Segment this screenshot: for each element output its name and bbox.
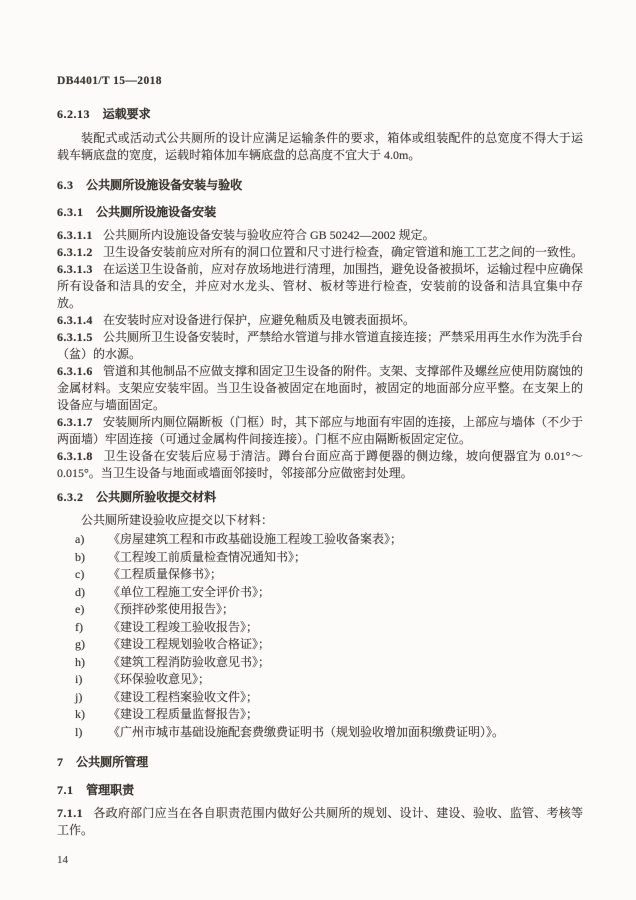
clause-number: 6.3.1.3 <box>57 262 93 276</box>
heading-title: 管理职责 <box>86 783 134 797</box>
list-item-text: 《建设工程档案验收文件》； <box>108 689 583 707</box>
list-item-text: 《工程竣工前质量检查情况通知书》； <box>108 549 583 567</box>
list-item: b)《工程竣工前质量检查情况通知书》； <box>57 549 583 567</box>
document-page: DB4401/T 15—2018 6.2.13运载要求 装配式或活动式公共厕所的… <box>0 0 636 900</box>
clause-number: 6.3.1.2 <box>57 245 93 259</box>
list-item: j)《建设工程档案验收文件》； <box>57 689 583 707</box>
heading-number: 7.1 <box>57 783 74 797</box>
list-item-text: 《建设工程竣工验收报告》； <box>108 619 583 637</box>
paragraph-transport-requirements: 装配式或活动式公共厕所的设计应满足运输条件的要求，箱体或组装配件的总宽度不得大于… <box>57 130 583 164</box>
clause-text: 公共厕所内设施设备安装与验收应符合 GB 50242—2002 规定。 <box>103 228 435 242</box>
list-item-text: 《预拌砂浆使用报告》； <box>108 601 583 619</box>
heading-title: 运载要求 <box>103 107 151 121</box>
heading-number: 7 <box>57 755 64 769</box>
list-item: d)《单位工程施工安全评价书》； <box>57 584 583 602</box>
heading-title: 公共厕所管理 <box>76 755 148 769</box>
list-item-text: 《广州市城市基础设施配套费缴费证明书（规划验收增加面积缴费证明）》。 <box>108 724 583 742</box>
list-item-text: 《建设工程质量监督报告》； <box>108 706 583 724</box>
list-marker: j) <box>57 689 108 707</box>
heading-6-3-2: 6.3.2公共厕所验收提交材料 <box>57 489 583 506</box>
heading-6-3: 6.3公共厕所设施设备安装与验收 <box>57 177 583 194</box>
list-item: a)《房屋建筑工程和市政基础设施工程竣工验收备案表》； <box>57 531 583 549</box>
list-marker: c) <box>57 566 108 584</box>
heading-number: 6.3.2 <box>57 490 84 504</box>
clause-number: 6.3.1.5 <box>57 330 93 344</box>
clause-text: 在安装时应对设备进行保护，应避免釉质及电镀表面损坏。 <box>103 313 415 327</box>
clause-text: 管道和其他制品不应做支撑和固定卫生设备的附件。支架、支撑部件及螺丝应使用防腐蚀的… <box>57 364 583 412</box>
heading-title: 公共厕所设施设备安装 <box>96 205 216 219</box>
clause-6-3-1-4: 6.3.1.4在安装时应对设备进行保护，应避免釉质及电镀表面损坏。 <box>57 312 583 329</box>
paragraph-submission-intro: 公共厕所建设验收应提交以下材料： <box>57 512 583 529</box>
heading-6-2-13: 6.2.13运载要求 <box>57 106 583 123</box>
heading-6-3-1: 6.3.1公共厕所设施设备安装 <box>57 204 583 221</box>
list-marker: d) <box>57 584 108 602</box>
list-item-text: 《工程质量保修书》； <box>108 566 583 584</box>
clause-number: 6.3.1.4 <box>57 313 93 327</box>
clause-group-6-3-1: 6.3.1.1公共厕所内设施设备安装与验收应符合 GB 50242—2002 规… <box>57 227 583 482</box>
list-marker: b) <box>57 549 108 567</box>
heading-7: 7公共厕所管理 <box>57 754 583 771</box>
clause-text: 卫生设备安装前应对所有的洞口位置和尺寸进行检查，确定管道和施工工艺之间的一致性。 <box>103 245 583 259</box>
list-item: g)《建设工程规划验收合格证》； <box>57 636 583 654</box>
list-item-text: 《单位工程施工安全评价书》； <box>108 584 583 602</box>
list-marker: a) <box>57 531 108 549</box>
list-item: k)《建设工程质量监督报告》； <box>57 706 583 724</box>
list-item: l)《广州市城市基础设施配套费缴费证明书（规划验收增加面积缴费证明）》。 <box>57 724 583 742</box>
clause-6-3-1-1: 6.3.1.1公共厕所内设施设备安装与验收应符合 GB 50242—2002 规… <box>57 227 583 244</box>
submission-materials-list: a)《房屋建筑工程和市政基础设施工程竣工验收备案表》； b)《工程竣工前质量检查… <box>57 531 583 741</box>
list-marker: i) <box>57 671 108 689</box>
list-marker: e) <box>57 601 108 619</box>
list-marker: f) <box>57 619 108 637</box>
clause-text: 安装厕所内厕位隔断板（门框）时，其下部应与地面有牢固的连接，上部应与墙体（不少于… <box>57 415 583 446</box>
list-marker: l) <box>57 724 108 742</box>
list-item: i)《环保验收意见》； <box>57 671 583 689</box>
clause-text: 各政府部门应当在各自职责范围内做好公共厕所的规划、设计、建设、验收、监管、考核等… <box>57 806 583 837</box>
list-marker: k) <box>57 706 108 724</box>
clause-text: 公共厕所卫生设备安装时，严禁给水管道与排水管道直接连接；严禁采用再生水作为洗手台… <box>57 330 583 361</box>
list-item: e)《预拌砂浆使用报告》； <box>57 601 583 619</box>
heading-number: 6.3 <box>57 178 74 192</box>
clause-number: 7.1.1 <box>57 806 83 820</box>
clause-6-3-1-5: 6.3.1.5公共厕所卫生设备安装时，严禁给水管道与排水管道直接连接；严禁采用再… <box>57 329 583 363</box>
list-item-text: 《建筑工程消防验收意见书》； <box>108 654 583 672</box>
heading-number: 6.3.1 <box>57 205 84 219</box>
list-item: h)《建筑工程消防验收意见书》； <box>57 654 583 672</box>
list-item-text: 《建设工程规划验收合格证》； <box>108 636 583 654</box>
list-marker: g) <box>57 636 108 654</box>
clause-number: 6.3.1.7 <box>57 415 93 429</box>
heading-7-1: 7.1管理职责 <box>57 782 583 799</box>
clause-number: 6.3.1.1 <box>57 228 93 242</box>
heading-title: 公共厕所验收提交材料 <box>96 490 216 504</box>
clause-text: 在运送卫生设备前，应对存放场地进行清理，加围挡，避免设备被损坏，运输过程中应确保… <box>57 262 583 310</box>
list-item-text: 《环保验收意见》； <box>108 671 583 689</box>
clause-6-3-1-3: 6.3.1.3在运送卫生设备前，应对存放场地进行清理，加围挡，避免设备被损坏，运… <box>57 261 583 312</box>
doc-code-header: DB4401/T 15—2018 <box>57 73 583 90</box>
clause-7-1-1: 7.1.1各政府部门应当在各自职责范围内做好公共厕所的规划、设计、建设、验收、监… <box>57 805 583 839</box>
list-item-text: 《房屋建筑工程和市政基础设施工程竣工验收备案表》； <box>108 531 583 549</box>
clause-text: 卫生设备在安装后应易于清洁。蹲台台面应高于蹲便器的侧边缘，坡向便器宜为 0.01… <box>57 449 583 480</box>
list-marker: h) <box>57 654 108 672</box>
clause-number: 6.3.1.8 <box>57 449 93 463</box>
clause-6-3-1-6: 6.3.1.6管道和其他制品不应做支撑和固定卫生设备的附件。支架、支撑部件及螺丝… <box>57 363 583 414</box>
clause-6-3-1-7: 6.3.1.7安装厕所内厕位隔断板（门框）时，其下部应与地面有牢固的连接，上部应… <box>57 414 583 448</box>
heading-title: 公共厕所设施设备安装与验收 <box>86 178 242 192</box>
heading-number: 6.2.13 <box>57 107 90 121</box>
clause-number: 6.3.1.6 <box>57 364 93 378</box>
list-item: c)《工程质量保修书》； <box>57 566 583 584</box>
page-number: 14 <box>57 852 583 869</box>
clause-6-3-1-2: 6.3.1.2卫生设备安装前应对所有的洞口位置和尺寸进行检查，确定管道和施工工艺… <box>57 244 583 261</box>
clause-6-3-1-8: 6.3.1.8卫生设备在安装后应易于清洁。蹲台台面应高于蹲便器的侧边缘，坡向便器… <box>57 448 583 482</box>
list-item: f)《建设工程竣工验收报告》； <box>57 619 583 637</box>
